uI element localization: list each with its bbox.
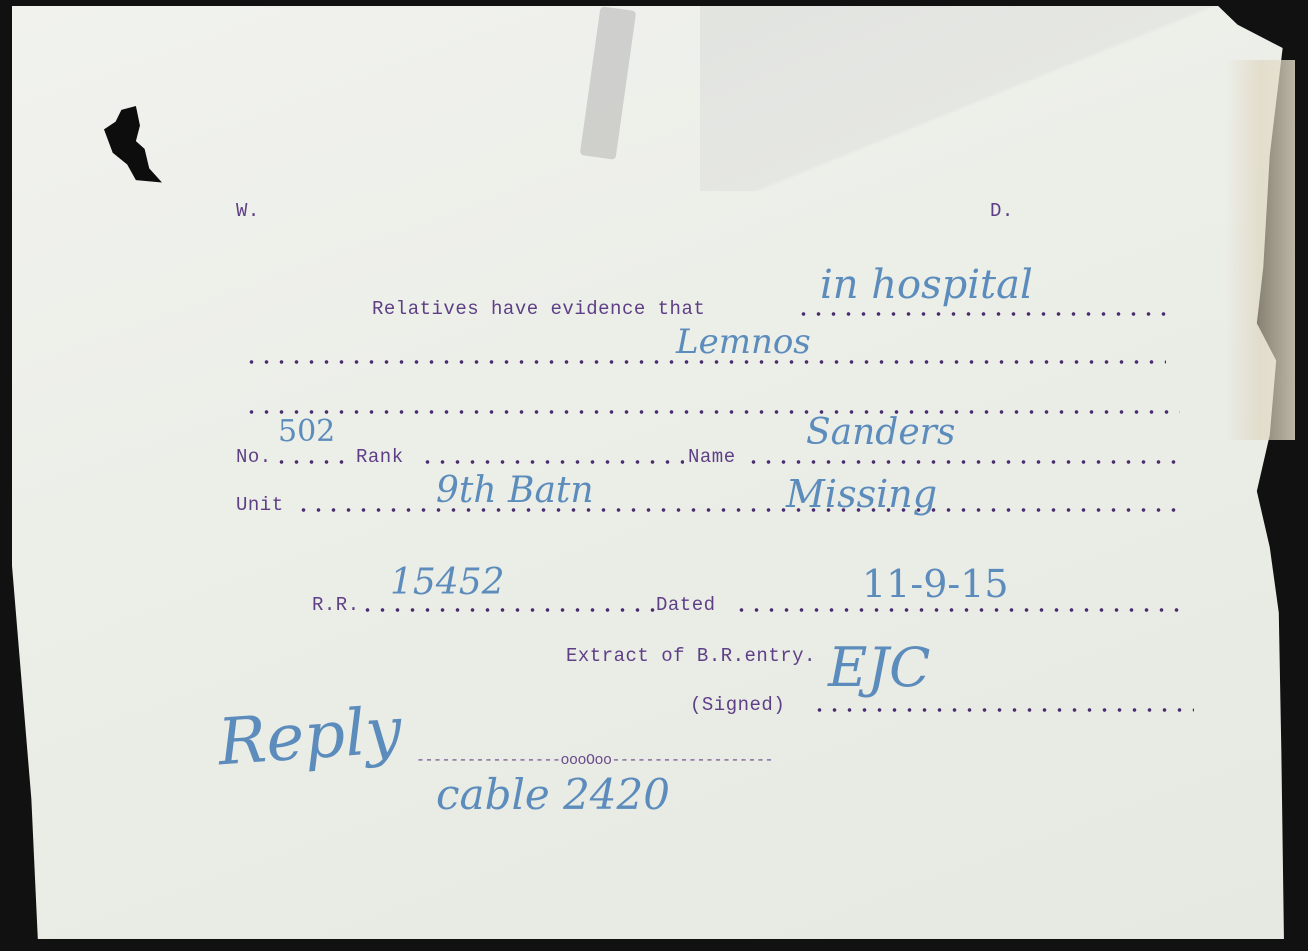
unit-label: Unit: [236, 494, 284, 516]
rr-dotted-line: [360, 608, 656, 612]
relatives-dotted-line-3: [244, 410, 1180, 414]
header-mark-w: W.: [236, 200, 260, 222]
header-mark-d: D.: [990, 200, 1014, 222]
signed-label: (Signed): [690, 694, 785, 716]
unit-value: 9th Batn: [436, 470, 594, 511]
relatives-value-line2: Lemnos: [676, 322, 811, 362]
name-label: Name: [688, 446, 736, 468]
relatives-dotted-line: [796, 312, 1166, 316]
extract-label: Extract of B.R.entry.: [566, 645, 816, 667]
number-dotted-line: [274, 460, 354, 464]
rank-label: Rank: [356, 446, 404, 468]
unit-dotted-line: [296, 508, 1180, 512]
rr-label: R.R.: [312, 594, 360, 616]
dated-value: 11-9-15: [862, 562, 1009, 606]
separator-line: -----------------oooOoo-----------------…: [416, 752, 773, 769]
relatives-evidence-label: Relatives have evidence that: [372, 298, 705, 320]
rr-value: 15452: [390, 562, 505, 603]
signature-initials: EJC: [828, 636, 930, 699]
reply-annotation: Reply: [216, 694, 404, 781]
rank-dotted-line: [420, 460, 684, 464]
number-value: 502: [278, 414, 335, 449]
name-dotted-line: [746, 460, 1180, 464]
signed-dotted-line: [812, 708, 1194, 712]
number-label: No.: [236, 446, 272, 468]
dated-label: Dated: [656, 594, 716, 616]
cable-annotation: cable 2420: [436, 770, 670, 819]
relatives-value-line1: in hospital: [820, 262, 1033, 308]
dated-dotted-line: [734, 608, 1180, 612]
name-value: Sanders: [806, 412, 955, 453]
unit-note-missing: Missing: [786, 472, 937, 516]
